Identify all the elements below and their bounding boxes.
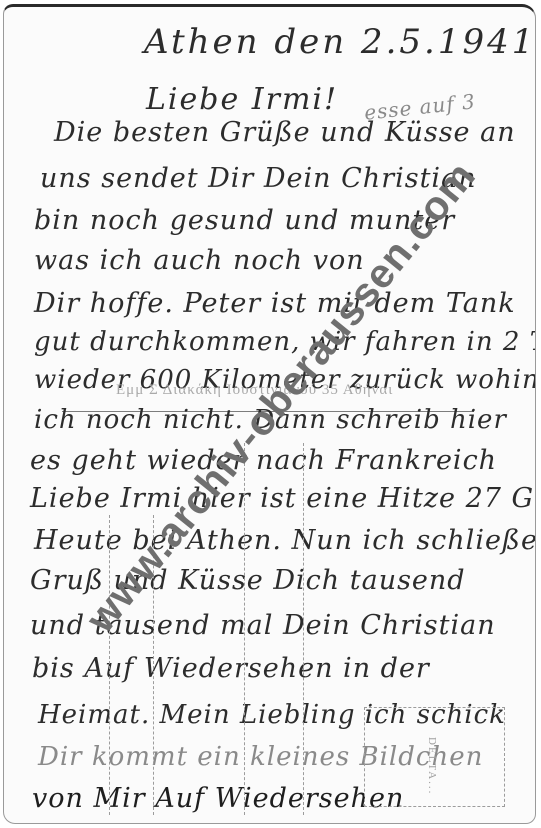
place-date: Athen den 2.5.1941 [144, 25, 536, 59]
message-line-4: was ich auch noch von [34, 247, 365, 274]
message-line-17: von Mir Auf Wiedersehen [32, 785, 404, 812]
greeting: Liebe Irmi! [146, 85, 338, 115]
message-line-1: Die besten Grüße und Küsse an [54, 119, 516, 146]
message-line-5: Dir hoffe. Peter ist mit dem Tank [34, 290, 516, 317]
stamp-box-label: DELTA... [426, 737, 438, 795]
message-line-14: bis Auf Wiedersehen in der [32, 655, 430, 682]
address-column-line [109, 515, 110, 815]
message-line-6: gut durchkommen, wir fahren in 2 Tag [34, 329, 536, 355]
message-line-2: uns sendet Dir Dein Christian [40, 165, 477, 192]
address-column-line [303, 443, 304, 815]
address-column-line [244, 443, 245, 815]
message-line-10: Liebe Irmi hier ist eine Hitze 27 Grad [30, 485, 536, 512]
postcard-back: Athen den 2.5.1941 Liebe Irmi! esse auf … [3, 4, 536, 824]
